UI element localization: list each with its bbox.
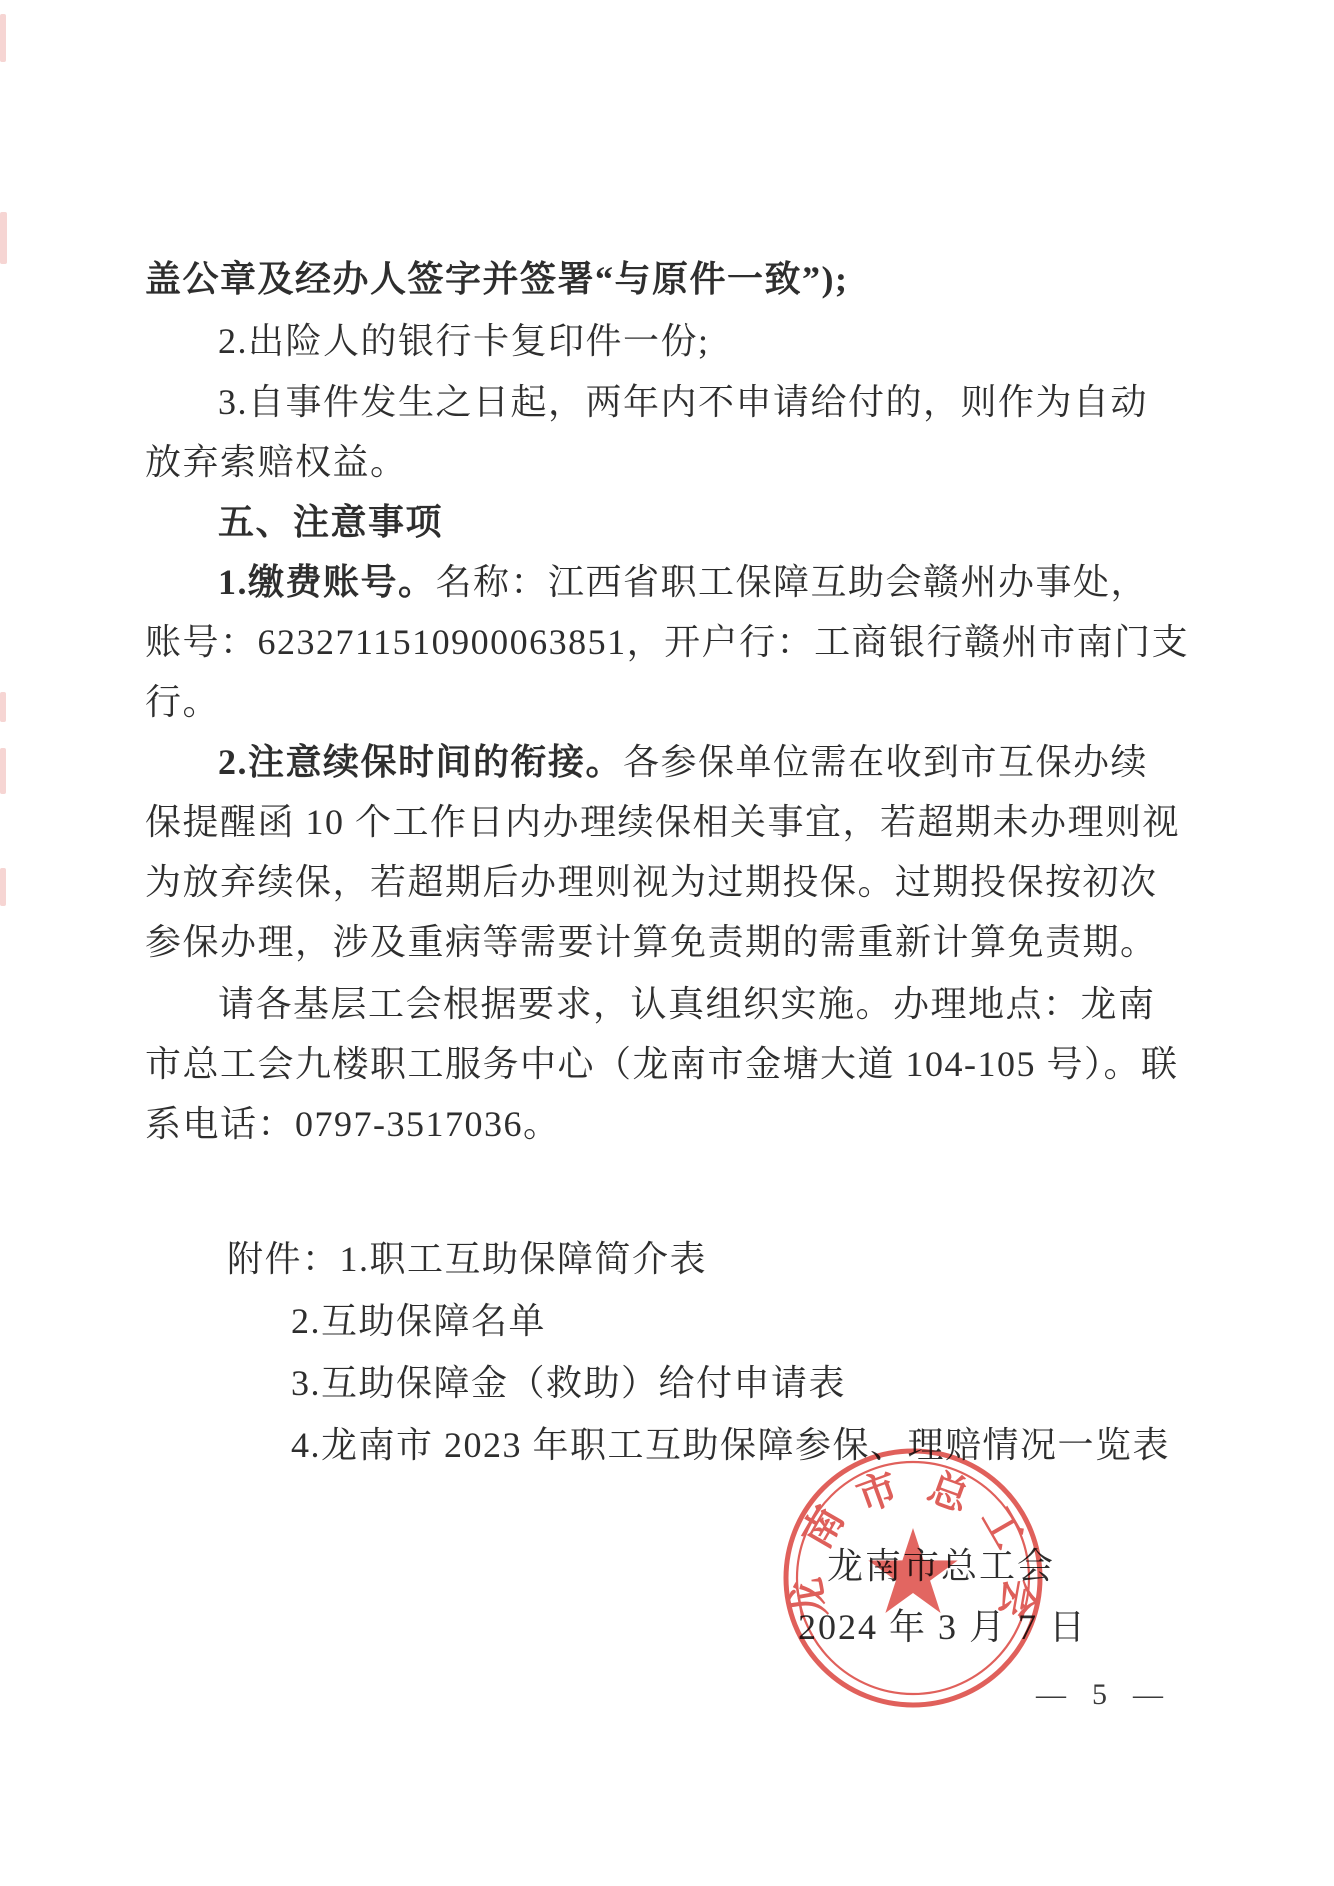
attachments-row1: 附件：1.职工互助保障简介表 <box>227 1231 707 1282</box>
phone-text: 系电话：0797-3517036。 <box>145 1104 561 1144</box>
address-text: 市总工会九楼职工服务中心（龙南市金塘大道 104-105 号）。联 <box>145 1044 1179 1084</box>
doc-line-account-cont: 行。 <box>145 681 1191 723</box>
doc-text: 名称：江西省职工保障互助会赣州办事处， <box>436 562 1149 602</box>
doc-line-note2-cont2: 为放弃续保，若超期后办理则视为过期投保。过期投保按初次 <box>145 861 1191 903</box>
seal-arc-char: 会 <box>992 1575 1043 1622</box>
doc-line-item3-cont: 放弃索赔权益。 <box>145 441 1191 483</box>
doc-text: 盖公章及经办人签字并签署“与原件一致”); <box>145 259 848 299</box>
doc-line-note2-cont1: 保提醒函 10 个工作日内办理续保相关事宜，若超期未办理则视 <box>145 801 1191 843</box>
footer-dash-left: — <box>1036 1678 1066 1712</box>
doc-line-closing-cont2: 系电话：0797-3517036。 <box>145 1103 1191 1145</box>
account-number-text: 账号：6232711510900063851，开户行：工商银行赣州市南门支 <box>145 622 1189 662</box>
doc-text: 3.自事件发生之日起，两年内不申请给付的，则作为自动 <box>218 382 1148 422</box>
doc-line-account: 账号：6232711510900063851，开户行：工商银行赣州市南门支 <box>145 621 1191 663</box>
doc-line-note2-cont3: 参保办理，涉及重病等需要计算免责期的需重新计算免责期。 <box>145 921 1191 963</box>
doc-line-closing-cont1: 市总工会九楼职工服务中心（龙南市金塘大道 104-105 号）。联 <box>145 1043 1191 1085</box>
doc-line-closing: 请各基层工会根据要求，认真组织实施。办理地点：龙南 <box>145 983 1264 1025</box>
seal-arc-char: 工 <box>973 1499 1032 1556</box>
doc-line-item2: 2.出险人的银行卡复印件一份; <box>145 320 1264 362</box>
doc-line-note1: 1.缴费账号。名称：江西省职工保障互助会赣州办事处， <box>145 561 1264 603</box>
scan-artifact <box>0 212 7 264</box>
scan-artifact <box>0 868 6 906</box>
note2-heading: 2.注意续保时间的衔接。 <box>218 742 623 782</box>
attachment-item-3: 3.互助保障金（救助）给付申请表 <box>291 1355 846 1406</box>
seal-arc-char: 市 <box>851 1464 904 1520</box>
attachment-item-1: 1.职工互助保障简介表 <box>340 1239 708 1279</box>
doc-heading-section5: 五、注意事项 <box>145 501 1264 543</box>
doc-text: 行。 <box>145 682 220 722</box>
page-number: 5 <box>1092 1678 1107 1712</box>
seal-arc-char: 南 <box>794 1499 853 1556</box>
footer-dash-right: — <box>1133 1678 1163 1712</box>
attachment-item-2: 2.互助保障名单 <box>291 1293 546 1344</box>
doc-text: 为放弃续保，若超期后办理则视为过期投保。过期投保按初次 <box>145 862 1158 902</box>
doc-text: 参保办理，涉及重病等需要计算免责期的需重新计算免责期。 <box>145 922 1158 962</box>
scan-artifact <box>0 692 6 722</box>
document-page: 盖公章及经办人签字并签署“与原件一致”); 2.出险人的银行卡复印件一份; 3.… <box>0 0 1334 1886</box>
seal-star-icon <box>868 1528 957 1613</box>
doc-text: 各参保单位需在收到市互保办续 <box>623 742 1148 782</box>
note1-heading: 1.缴费账号。 <box>218 562 436 602</box>
doc-line-item3: 3.自事件发生之日起，两年内不申请给付的，则作为自动 <box>145 381 1264 423</box>
seal-arc-char: 总 <box>922 1464 976 1520</box>
official-seal: 龙 南 市 总 工 会 <box>756 1416 1072 1742</box>
seal-arc-char: 龙 <box>783 1575 834 1622</box>
doc-text: 请各基层工会根据要求，认真组织实施。办理地点：龙南 <box>218 984 1156 1024</box>
section-heading: 五、注意事项 <box>218 502 443 542</box>
scan-artifact <box>0 748 6 794</box>
doc-line-note2: 2.注意续保时间的衔接。各参保单位需在收到市互保办续 <box>145 741 1264 783</box>
doc-line-continuation: 盖公章及经办人签字并签署“与原件一致”); <box>145 258 1191 300</box>
attachments-label: 附件： <box>227 1239 340 1279</box>
doc-text: 放弃索赔权益。 <box>145 442 408 482</box>
scan-artifact <box>0 14 6 62</box>
doc-text: 保提醒函 10 个工作日内办理续保相关事宜，若超期未办理则视 <box>145 802 1180 842</box>
page-number-footer: — 5 — <box>1036 1678 1163 1712</box>
doc-text: 2.出险人的银行卡复印件一份; <box>218 321 710 361</box>
